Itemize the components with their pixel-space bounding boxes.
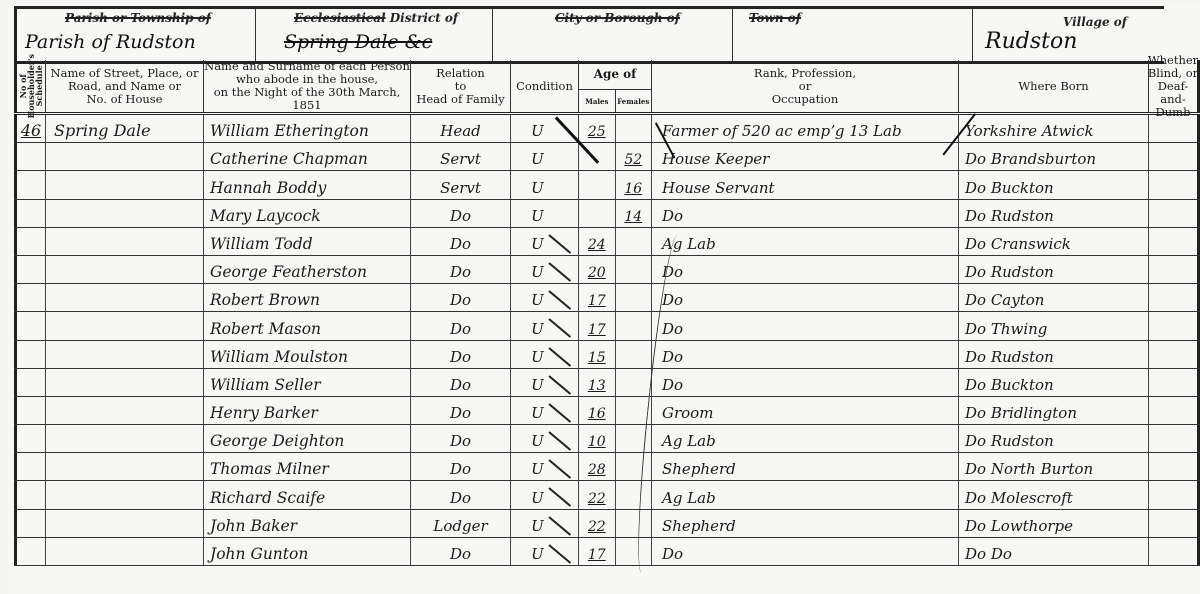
person-name: Mary Laycock: [204, 200, 411, 227]
birthplace: Do Thwing: [959, 312, 1149, 339]
male-age: 25: [579, 115, 616, 142]
col-occupation: Rank, Profession,orOccupation: [652, 60, 959, 112]
relation-to-head: Do: [411, 284, 511, 311]
blind-deaf-dumb: [1149, 171, 1200, 198]
schedule-number: [14, 312, 46, 339]
person-name: Robert Brown: [204, 284, 411, 311]
census-page: Parish or Township of Parish of Rudston …: [8, 4, 1200, 594]
relation-to-head: Do: [411, 397, 511, 424]
occupation: Farmer of 520 ac empʼg 13 Lab: [652, 115, 959, 142]
col-age-males: Males: [579, 90, 616, 112]
male-age: 22: [579, 510, 616, 537]
check-tick-mark: [548, 319, 571, 339]
street-address: [46, 397, 204, 424]
col-name: Name and Surname of each Personwho abode…: [204, 60, 411, 112]
schedule-number: [14, 200, 46, 227]
person-name: George Featherston: [204, 256, 411, 283]
female-age: [616, 115, 653, 142]
male-age: 16: [579, 397, 616, 424]
marital-condition: U: [511, 171, 579, 198]
relation-to-head: Lodger: [411, 510, 511, 537]
census-entry-row: Richard ScaifeDoU22Ag LabDo Molescroft: [14, 481, 1200, 509]
street-address: [46, 481, 204, 508]
check-tick-mark: [548, 459, 571, 479]
marital-condition: U: [511, 312, 579, 339]
ecclesiastical-value: Spring Dale &c: [284, 31, 432, 53]
street-address: [46, 312, 204, 339]
schedule-number: [14, 228, 46, 255]
schedule-number: [14, 481, 46, 508]
street-address: [46, 369, 204, 396]
person-name: Richard Scaife: [204, 481, 411, 508]
parish-field: Parish or Township of Parish of Rudston: [14, 9, 256, 61]
person-name: William Todd: [204, 228, 411, 255]
blind-deaf-dumb: [1149, 312, 1200, 339]
check-tick-mark: [548, 234, 571, 254]
male-age: 22: [579, 481, 616, 508]
col-street: Name of Street, Place, orRoad, and Name …: [46, 60, 204, 112]
census-entry-row: William MoulstonDoU15DoDo Rudston: [14, 341, 1200, 369]
village-field: Village of Rudston: [973, 9, 1164, 61]
street-address: [46, 284, 204, 311]
blind-deaf-dumb: [1149, 284, 1200, 311]
street-address: [46, 453, 204, 480]
relation-to-head: Servt: [411, 171, 511, 198]
occupation: House Keeper: [652, 143, 959, 170]
marital-condition: U: [511, 538, 579, 565]
birthplace: Do North Burton: [959, 453, 1149, 480]
census-entry-row: Henry BarkerDoU16GroomDo Bridlington: [14, 397, 1200, 425]
census-entry-row: Robert BrownDoU17DoDo Cayton: [14, 284, 1200, 312]
col-age: Age of Males Females: [579, 60, 652, 112]
city-borough-field: City or Borough of: [493, 9, 733, 61]
household-entries: 46Spring DaleWilliam EtheringtonHeadU25F…: [14, 115, 1200, 566]
check-tick-mark: [548, 290, 571, 310]
relation-to-head: Do: [411, 369, 511, 396]
occupation: Ag Lab: [652, 425, 959, 452]
occupation: Ag Lab: [652, 481, 959, 508]
census-entry-row: Thomas MilnerDoU28ShepherdDo North Burto…: [14, 453, 1200, 481]
person-name: Henry Barker: [204, 397, 411, 424]
city-borough-label: City or Borough of: [555, 11, 680, 25]
relation-to-head: Do: [411, 341, 511, 368]
male-age: 17: [579, 284, 616, 311]
birthplace: Do Rudston: [959, 425, 1149, 452]
relation-to-head: Do: [411, 312, 511, 339]
occupation: House Servant: [652, 171, 959, 198]
relation-to-head: Do: [411, 481, 511, 508]
schedule-number: [14, 369, 46, 396]
marital-condition: U: [511, 200, 579, 227]
male-age: [579, 171, 616, 198]
town-label: Town of: [749, 11, 801, 25]
birthplace: Do Cayton: [959, 284, 1149, 311]
person-name: George Deighton: [204, 425, 411, 452]
male-age: 28: [579, 453, 616, 480]
occupation: Do: [652, 312, 959, 339]
person-name: William Etherington: [204, 115, 411, 142]
male-age: 24: [579, 228, 616, 255]
birthplace: Do Buckton: [959, 171, 1149, 198]
male-age: 15: [579, 341, 616, 368]
birthplace: Do Rudston: [959, 200, 1149, 227]
relation-to-head: Do: [411, 425, 511, 452]
schedule-number: [14, 510, 46, 537]
blind-deaf-dumb: [1149, 397, 1200, 424]
occupation: Shepherd: [652, 453, 959, 480]
marital-condition: U: [511, 397, 579, 424]
marital-condition: U: [511, 425, 579, 452]
parish-value: Parish of Rudston: [25, 31, 196, 53]
person-name: Robert Mason: [204, 312, 411, 339]
ecclesiastical-label: Ecclesiastical District of: [294, 11, 458, 25]
birthplace: Do Buckton: [959, 369, 1149, 396]
schedule-number: 46: [14, 115, 46, 142]
census-entry-row: George DeightonDoU10Ag LabDo Rudston: [14, 425, 1200, 453]
person-name: Thomas Milner: [204, 453, 411, 480]
occupation: Shepherd: [652, 510, 959, 537]
female-age: 14: [616, 200, 653, 227]
female-age: [616, 369, 653, 396]
street-address: [46, 256, 204, 283]
marital-condition: U: [511, 284, 579, 311]
village-label: Village of: [1063, 15, 1127, 29]
check-tick-mark: [548, 347, 571, 367]
male-age: 17: [579, 312, 616, 339]
col-age-females: Females: [616, 90, 652, 112]
blind-deaf-dumb: [1149, 453, 1200, 480]
marital-condition: U: [511, 510, 579, 537]
female-age: [616, 312, 653, 339]
census-entry-row: John GuntonDoU17DoDo Do: [14, 538, 1200, 566]
female-age: 52: [616, 143, 653, 170]
census-entry-row: John BakerLodgerU22ShepherdDo Lowthorpe: [14, 510, 1200, 538]
check-tick-mark: [548, 403, 571, 423]
marital-condition: U: [511, 341, 579, 368]
relation-to-head: Do: [411, 453, 511, 480]
marital-condition: U: [511, 143, 579, 170]
occupation: Groom: [652, 397, 959, 424]
relation-to-head: Servt: [411, 143, 511, 170]
street-address: [46, 228, 204, 255]
occupation: Do: [652, 341, 959, 368]
female-age: 16: [616, 171, 653, 198]
census-entry-row: Catherine ChapmanServtU52House KeeperDo …: [14, 143, 1200, 171]
birthplace: Do Lowthorpe: [959, 510, 1149, 537]
male-age: 10: [579, 425, 616, 452]
blind-deaf-dumb: [1149, 143, 1200, 170]
col-relation: RelationtoHead of Family: [411, 60, 511, 112]
schedule-number: [14, 397, 46, 424]
birthplace: Do Rudston: [959, 256, 1149, 283]
street-address: [46, 538, 204, 565]
census-entry-row: William SellerDoU13DoDo Buckton: [14, 369, 1200, 397]
male-age: 13: [579, 369, 616, 396]
birthplace: Do Do: [959, 538, 1149, 565]
blind-deaf-dumb: [1149, 228, 1200, 255]
census-entry-row: George FeatherstonDoU20DoDo Rudston: [14, 256, 1200, 284]
census-entry-row: 46Spring DaleWilliam EtheringtonHeadU25F…: [14, 115, 1200, 143]
male-age: [579, 200, 616, 227]
street-address: Spring Dale: [46, 115, 204, 142]
female-age: [616, 284, 653, 311]
schedule-number: [14, 284, 46, 311]
birthplace: Do Rudston: [959, 341, 1149, 368]
relation-to-head: Head: [411, 115, 511, 142]
person-name: Hannah Boddy: [204, 171, 411, 198]
location-header: Parish or Township of Parish of Rudston …: [14, 6, 1164, 64]
schedule-number: [14, 143, 46, 170]
person-name: William Moulston: [204, 341, 411, 368]
marital-condition: U: [511, 256, 579, 283]
schedule-number: [14, 425, 46, 452]
village-value: Rudston: [985, 29, 1077, 54]
relation-to-head: Do: [411, 200, 511, 227]
census-entry-row: William ToddDoU24Ag LabDo Cranswick: [14, 228, 1200, 256]
check-tick-mark: [548, 431, 571, 451]
street-address: [46, 510, 204, 537]
check-tick-mark: [548, 262, 571, 282]
col-blind-deaf: WhetherBlind, orDeaf-and-Dumb: [1149, 60, 1200, 112]
occupation: Do: [652, 538, 959, 565]
person-name: William Seller: [204, 369, 411, 396]
street-address: [46, 143, 204, 170]
schedule-number: [14, 256, 46, 283]
marital-condition: U: [511, 369, 579, 396]
birthplace: Do Cranswick: [959, 228, 1149, 255]
col-condition: Condition: [511, 60, 579, 112]
schedule-number: [14, 538, 46, 565]
birthplace: Yorkshire Atwick: [959, 115, 1149, 142]
ecclesiastical-district-field: Ecclesiastical District of Spring Dale &…: [256, 9, 493, 61]
marital-condition: U: [511, 481, 579, 508]
census-entry-row: Hannah BoddyServtU16House ServantDo Buck…: [14, 171, 1200, 199]
blind-deaf-dumb: [1149, 481, 1200, 508]
blind-deaf-dumb: [1149, 200, 1200, 227]
birthplace: Do Molescroft: [959, 481, 1149, 508]
male-age: 17: [579, 538, 616, 565]
occupation: Do: [652, 256, 959, 283]
census-entry-row: Robert MasonDoU17DoDo Thwing: [14, 312, 1200, 340]
schedule-number: [14, 171, 46, 198]
relation-to-head: Do: [411, 228, 511, 255]
person-name: John Gunton: [204, 538, 411, 565]
col-schedule: No of Householder's Schedule: [14, 60, 46, 112]
blind-deaf-dumb: [1149, 341, 1200, 368]
street-address: [46, 425, 204, 452]
check-tick-mark: [548, 375, 571, 395]
female-age: [616, 341, 653, 368]
column-header: No of Householder's Schedule Name of Str…: [14, 60, 1200, 115]
male-age: 20: [579, 256, 616, 283]
blind-deaf-dumb: [1149, 425, 1200, 452]
blind-deaf-dumb: [1149, 538, 1200, 565]
person-name: Catherine Chapman: [204, 143, 411, 170]
parish-label: Parish or Township of: [65, 11, 211, 25]
street-address: [46, 341, 204, 368]
street-address: [46, 200, 204, 227]
schedule-number: [14, 453, 46, 480]
blind-deaf-dumb: [1149, 256, 1200, 283]
birthplace: Do Bridlington: [959, 397, 1149, 424]
birthplace: Do Brandsburton: [959, 143, 1149, 170]
street-address: [46, 171, 204, 198]
marital-condition: U: [511, 228, 579, 255]
blind-deaf-dumb: [1149, 510, 1200, 537]
blind-deaf-dumb: [1149, 369, 1200, 396]
blind-deaf-dumb: [1149, 115, 1200, 142]
female-age: [616, 228, 653, 255]
schedule-number: [14, 341, 46, 368]
check-tick-mark: [548, 516, 571, 536]
relation-to-head: Do: [411, 538, 511, 565]
person-name: John Baker: [204, 510, 411, 537]
check-tick-mark: [548, 488, 571, 508]
relation-to-head: Do: [411, 256, 511, 283]
occupation: Do: [652, 369, 959, 396]
check-tick-mark: [548, 544, 571, 564]
col-where-born: Where Born: [959, 60, 1149, 112]
census-entry-row: Mary LaycockDoU14DoDo Rudston: [14, 200, 1200, 228]
marital-condition: U: [511, 453, 579, 480]
female-age: [616, 256, 653, 283]
town-field: Town of: [733, 9, 973, 61]
occupation: Ag Lab: [652, 228, 959, 255]
occupation: Do: [652, 200, 959, 227]
occupation: Do: [652, 284, 959, 311]
